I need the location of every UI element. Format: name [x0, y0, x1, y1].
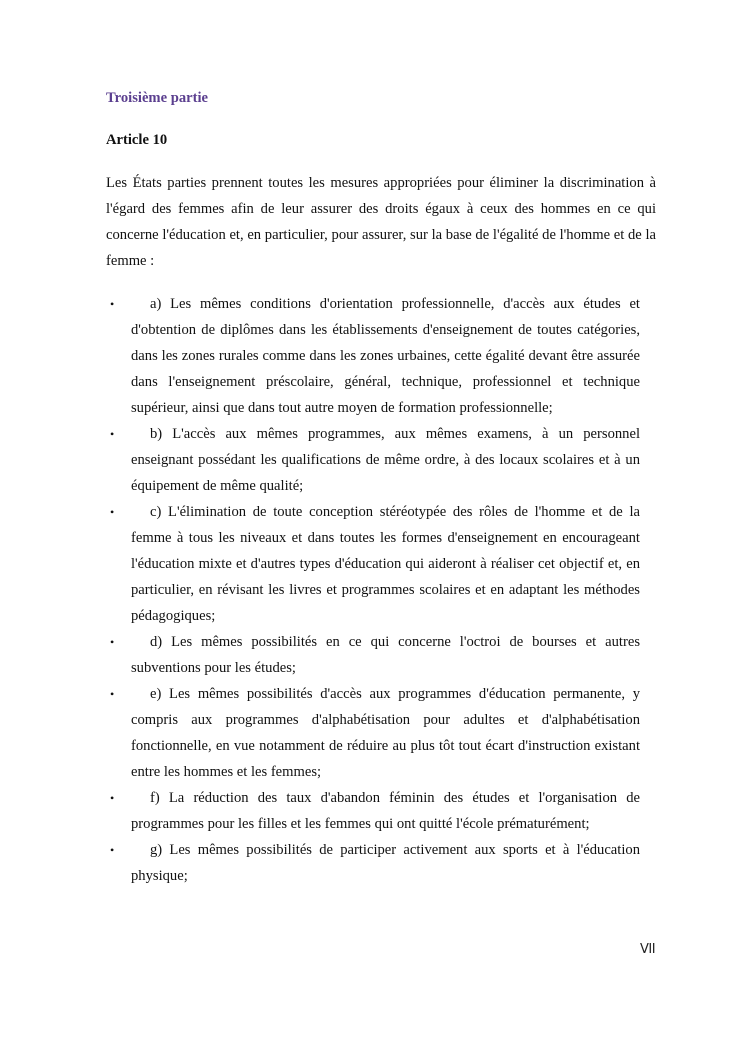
- bullet-icon: •: [110, 629, 114, 655]
- article-title: Article 10: [106, 130, 167, 150]
- intro-paragraph: Les États parties prennent toutes les me…: [106, 170, 656, 274]
- list-item-text: c) L'élimination de toute conception sté…: [131, 504, 640, 624]
- page-number: VII: [640, 942, 655, 957]
- list-item: • e) Les mêmes possibilités d'accès aux …: [106, 681, 640, 785]
- list-item: • d) Les mêmes possibilités en ce qui co…: [106, 629, 640, 681]
- list-item-text: b) L'accès aux mêmes programmes, aux mêm…: [131, 426, 640, 494]
- document-page: Troisième partie Article 10 Les États pa…: [0, 0, 745, 1053]
- list-item-text: f) La réduction des taux d'abandon fémin…: [131, 790, 640, 832]
- bullet-icon: •: [110, 837, 114, 863]
- list-item: • b) L'accès aux mêmes programmes, aux m…: [106, 421, 640, 499]
- part-title: Troisième partie: [106, 88, 208, 108]
- bullet-icon: •: [110, 291, 114, 317]
- list-item: • a) Les mêmes conditions d'orientation …: [106, 291, 640, 421]
- bullet-icon: •: [110, 785, 114, 811]
- list-item-text: d) Les mêmes possibilités en ce qui conc…: [131, 634, 640, 676]
- list-item-text: g) Les mêmes possibilités de participer …: [131, 842, 640, 884]
- article-items-list: • a) Les mêmes conditions d'orientation …: [106, 291, 640, 889]
- bullet-icon: •: [110, 681, 114, 707]
- bullet-icon: •: [110, 499, 114, 525]
- list-item-text: a) Les mêmes conditions d'orientation pr…: [131, 296, 640, 416]
- list-item: • f) La réduction des taux d'abandon fém…: [106, 785, 640, 837]
- bullet-icon: •: [110, 421, 114, 447]
- list-item: • g) Les mêmes possibilités de participe…: [106, 837, 640, 889]
- list-item-text: e) Les mêmes possibilités d'accès aux pr…: [131, 686, 640, 780]
- list-item: • c) L'élimination de toute conception s…: [106, 499, 640, 629]
